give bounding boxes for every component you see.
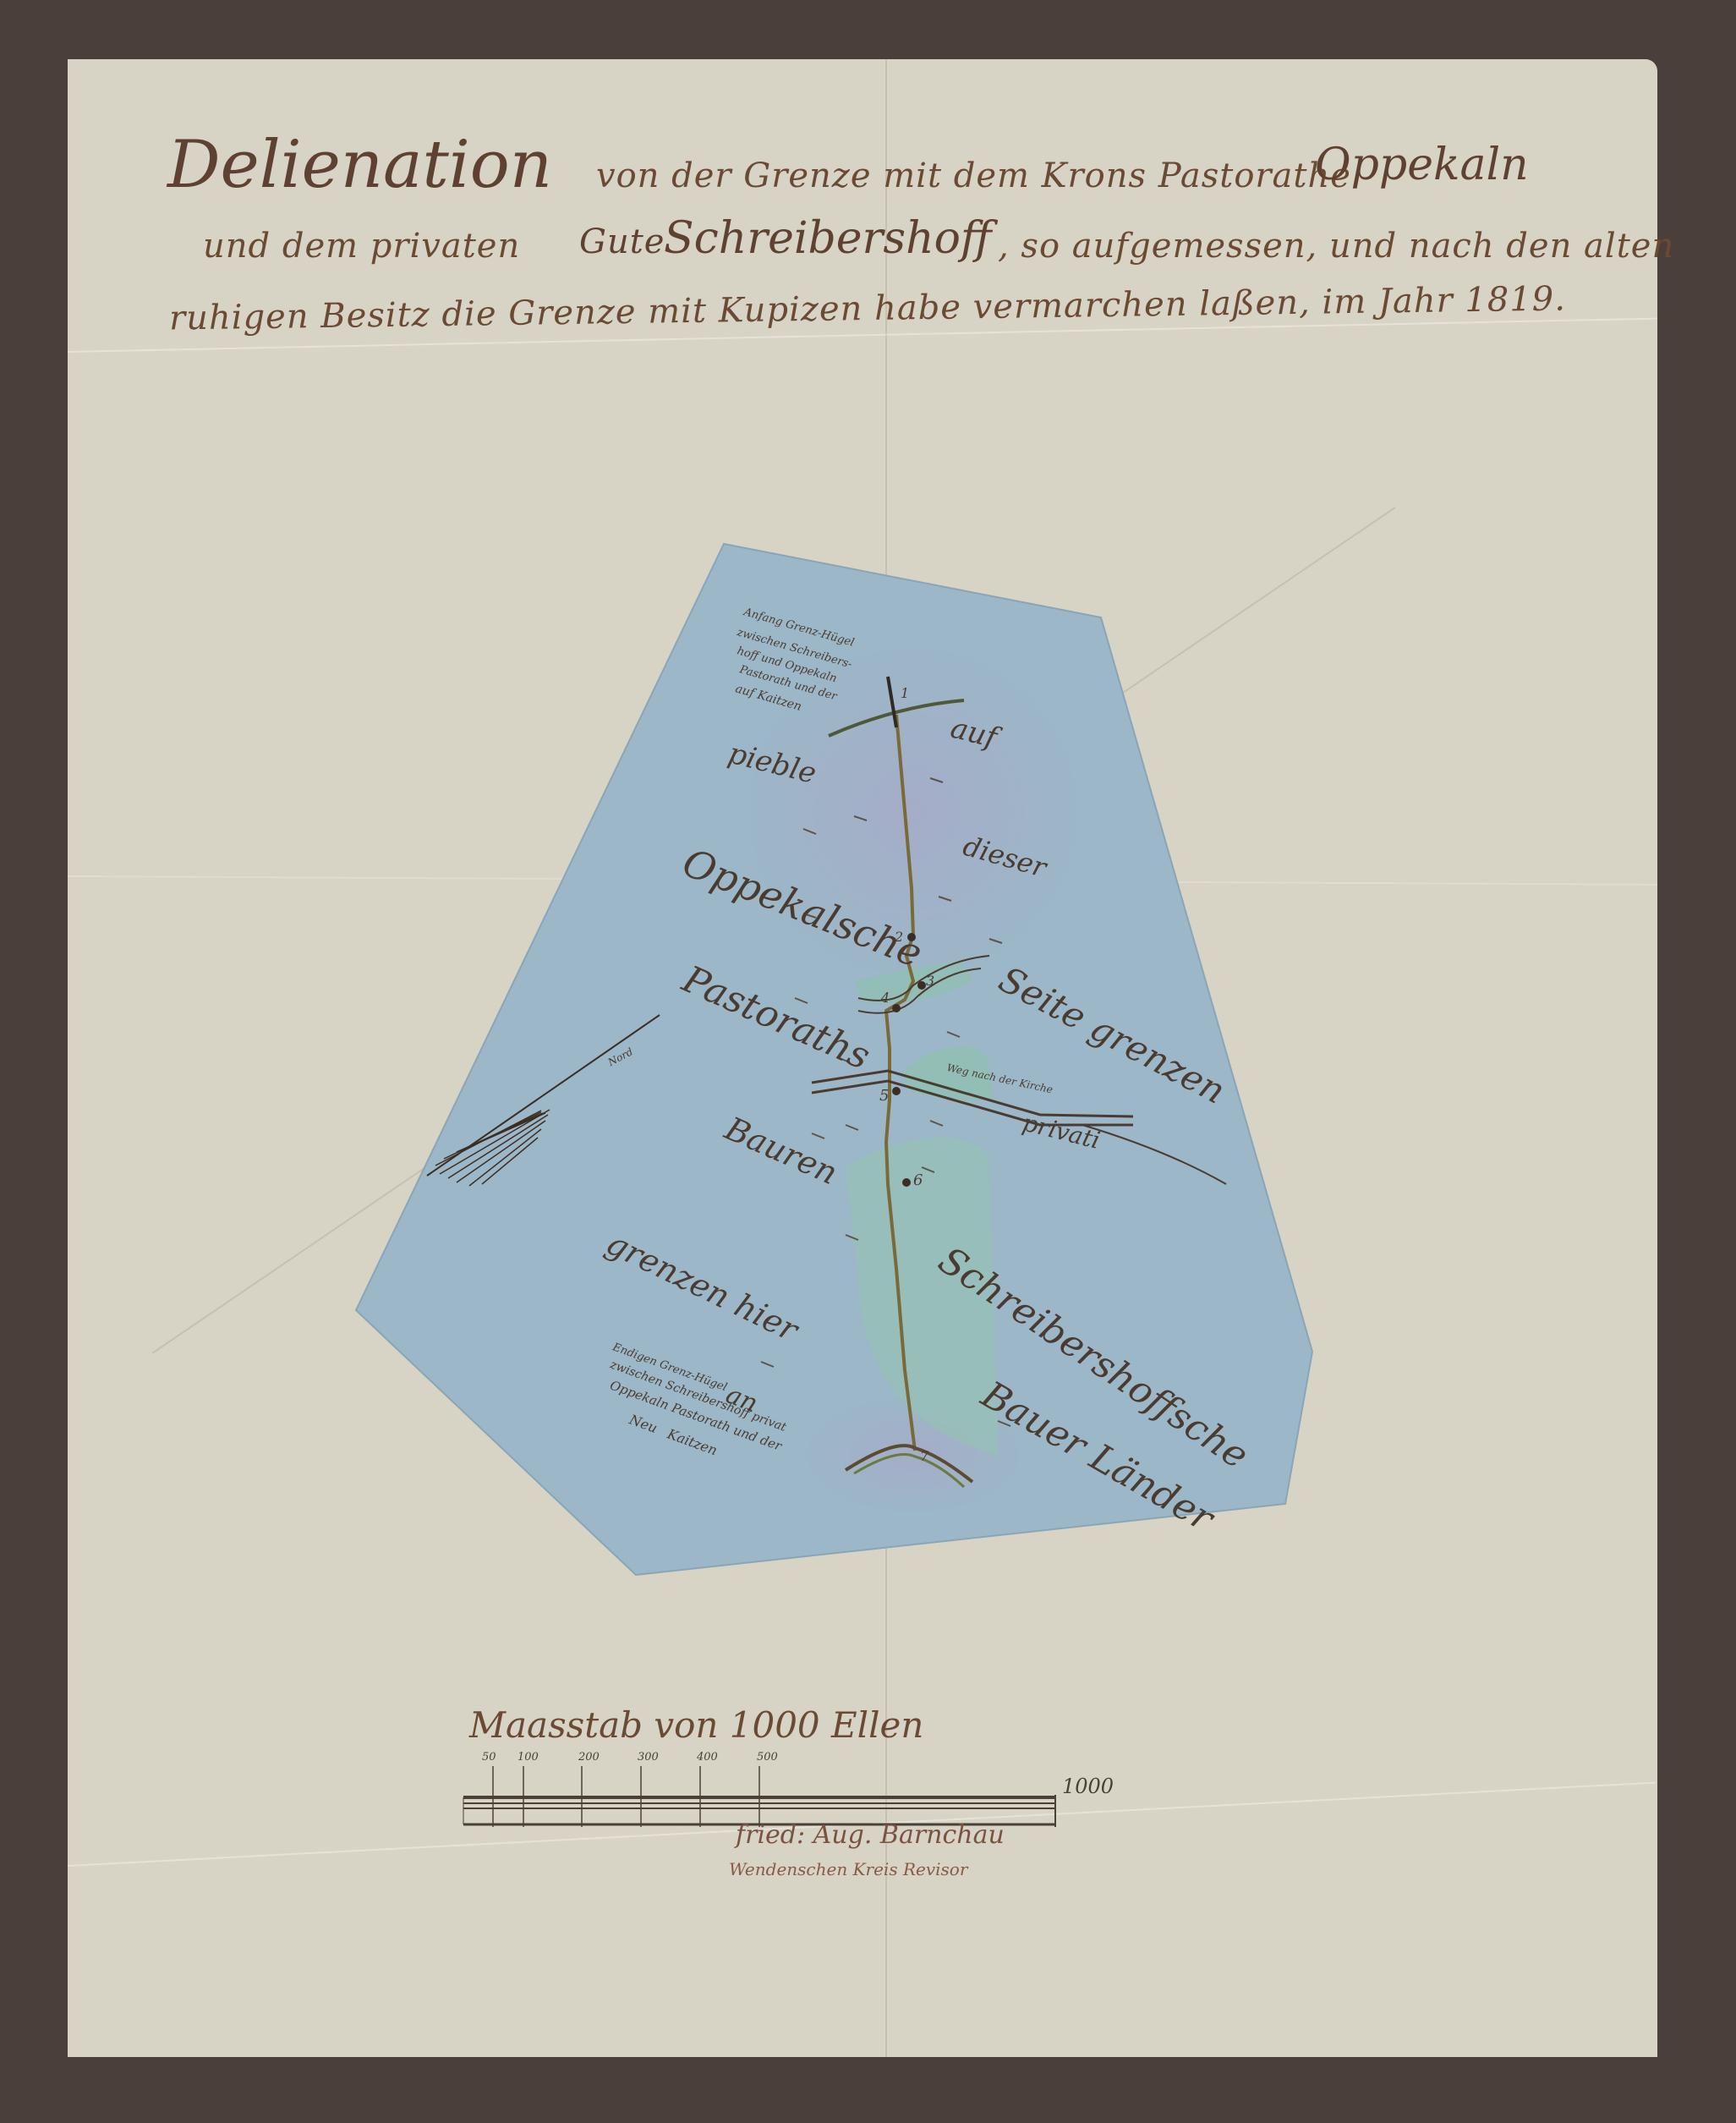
scale-end-label: 1000 [1062, 1775, 1114, 1798]
signature-name: fried: Aug. Barnchau [736, 1820, 1005, 1850]
map-drawing [0, 0, 1736, 2123]
signature-role: Wendenschen Kreis Revisor [729, 1859, 967, 1879]
scale-title: Maasstab von 1000 Ellen [469, 1704, 923, 1746]
scale-bar [463, 1766, 1055, 1827]
